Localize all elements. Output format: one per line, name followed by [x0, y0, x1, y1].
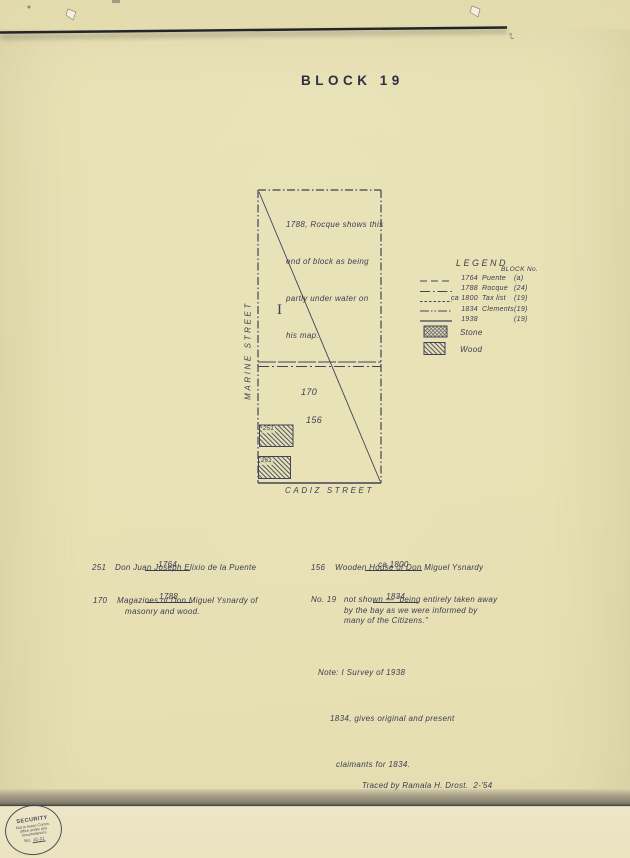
legend-stone-swatch	[424, 326, 447, 337]
stamp-number-label: No.	[24, 837, 31, 843]
pencil-mark	[509, 33, 514, 38]
annotation-number: 251	[92, 563, 106, 572]
map-note-line: his map.	[286, 330, 383, 342]
legend-block-no-header: BLOCK No.	[501, 266, 538, 273]
survey-note-line: claimants for 1834.	[336, 760, 455, 770]
security-stamp: SECURITY Not to leave Comm. office under…	[2, 801, 65, 858]
annotation-text: by the bay as we were informed by	[344, 606, 478, 615]
sheet-bottom-edge-band	[0, 789, 630, 806]
legend-block-no: (19)	[514, 315, 536, 325]
parcel-label-156: 156	[306, 415, 322, 425]
staple-hole-right	[470, 6, 480, 17]
legend-source: Tax list	[482, 294, 510, 304]
traced-by-credit: Traced by Ramala H. Drost. 2-'54	[362, 781, 492, 790]
legend-source	[482, 315, 510, 325]
annotation-text: not shown — "being entirely taken away	[344, 595, 497, 604]
stamp-number-value: 41-21	[32, 835, 46, 843]
street-label-marine: MARINE STREET	[244, 296, 253, 406]
legend-year: 1764	[450, 274, 478, 284]
legend-table: 1764 Puente (a) 1788 Rocque (24) ca 1800…	[450, 274, 536, 325]
legend-wood-swatch	[424, 343, 445, 355]
legend-source: Rocque	[482, 284, 510, 294]
map-note-line: end of block as being	[286, 256, 383, 268]
annotation-number: No. 19	[311, 595, 336, 604]
paper-speck	[28, 6, 31, 9]
structure-label-261: 261	[260, 458, 273, 465]
page-title: BLOCK 19	[301, 73, 404, 88]
legend-block-no: (24)	[514, 284, 536, 294]
survey-mark-I: I	[277, 302, 282, 319]
annotation-text: Magazines of Don Miguel Ysnardy of	[117, 596, 258, 605]
annotation-number: 156	[311, 563, 325, 572]
legend-block-no: (19)	[514, 294, 536, 304]
structure-label-251: 251	[262, 426, 275, 433]
legend-block-no: (19)	[514, 305, 536, 315]
legend-source: Puente	[482, 274, 510, 284]
legend-stone-label: Stone	[460, 328, 483, 337]
scanned-survey-document: BLOCK 19 1788, Rocque shows this end of …	[0, 0, 630, 858]
legend-year: 1938	[450, 315, 478, 325]
legend-source: Clements	[482, 305, 510, 315]
map-note: 1788, Rocque shows this end of block as …	[286, 194, 383, 368]
annotation-number: 170	[93, 596, 107, 605]
parcel-label-170: 170	[301, 387, 317, 397]
annotation-text: Don Juan Joseph Elixio de la Puente	[115, 563, 256, 572]
annotation-text: masonry and wood.	[125, 607, 200, 616]
map-note-line: partly under water on	[286, 293, 383, 305]
legend-year: ca 1800	[450, 294, 478, 304]
annotation-text: many of the Citizens."	[344, 616, 428, 625]
survey-note: Note: I Survey of 1938 1834, gives origi…	[318, 632, 455, 805]
staple-hole-left	[66, 9, 76, 20]
annotation-text: Wooden House of Don Miguel Ysnardy	[335, 563, 483, 572]
street-label-cadiz: CADIZ STREET	[285, 486, 374, 495]
legend-block-no: (a)	[514, 274, 536, 284]
map-note-line: 1788, Rocque shows this	[286, 219, 383, 231]
survey-note-line: 1834, gives original and present	[330, 714, 455, 724]
security-stamp-oval: SECURITY Not to leave Comm. office under…	[2, 801, 65, 858]
legend-year: 1834	[450, 305, 478, 315]
survey-note-line: Note: I Survey of 1938	[318, 668, 455, 678]
stamp-number: No. 41-21	[24, 836, 46, 844]
map-line-artwork	[0, 0, 630, 858]
paper-speck	[112, 0, 120, 3]
legend-wood-label: Wood	[460, 345, 482, 354]
legend-year: 1788	[450, 284, 478, 294]
